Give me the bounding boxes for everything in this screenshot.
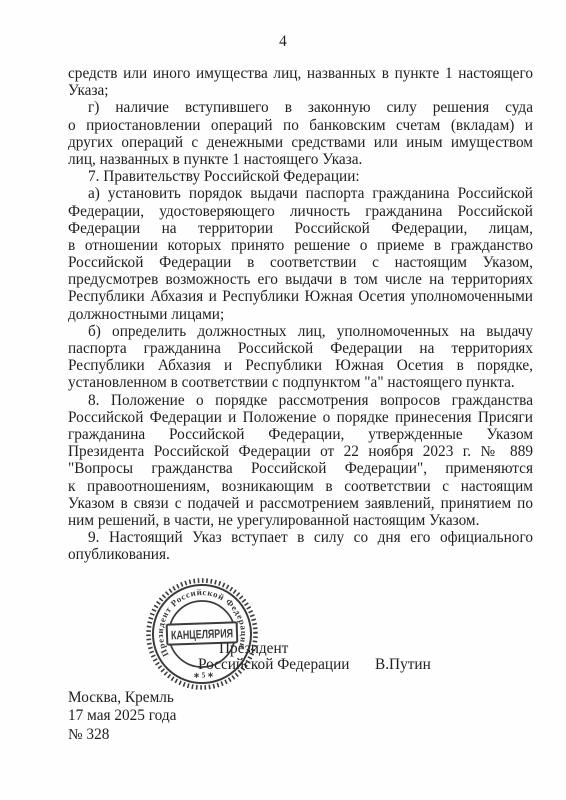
text-line: Республики Абхазия и Республики Южная Ос… xyxy=(68,357,533,374)
text-line: Федерации, удостоверяющего личность граж… xyxy=(68,203,533,220)
stamp-center-text: КАНЦЕЛЯРИЯ xyxy=(171,626,233,642)
text-line: в отношении которых принято решение о пр… xyxy=(68,237,533,254)
text-line: установленном в соответствии с подпункто… xyxy=(68,374,533,391)
text-line: Указа; xyxy=(68,82,533,99)
text-line: "Вопросы гражданства Российской Федераци… xyxy=(68,460,533,477)
stamp-bottom-text: ∗ 5 ∗ xyxy=(193,670,214,680)
text-line: 8. Положение о порядке рассмотрения вопр… xyxy=(68,392,533,409)
signatory-name: В.Путин xyxy=(375,656,431,673)
text-line: паспорта гражданина Российской Федерации… xyxy=(68,340,533,357)
text-line: других операций с денежными средствами и… xyxy=(68,134,533,151)
text-line: б) определить должностных лиц, уполномоч… xyxy=(68,323,533,340)
page-number: 4 xyxy=(0,33,566,50)
text-line: лиц, названных в пункте 1 настоящего Ука… xyxy=(68,151,533,168)
text-line: предусмотрев возможность его выдачи в то… xyxy=(68,271,533,288)
text-line: средств или иного имущества лиц, названн… xyxy=(68,65,533,82)
issuance-date: 17 мая 2025 года xyxy=(68,707,176,725)
text-line: Российской Федерации и Положение о поряд… xyxy=(68,409,533,426)
chancellery-stamp-icon: Президент Российской Федерации ∗ 5 ∗ КАН… xyxy=(142,574,262,694)
decree-page: 4 средств или иного имущества лиц, назва… xyxy=(0,0,566,800)
issuance-block: Москва, Кремль 17 мая 2025 года № 328 xyxy=(68,689,176,744)
text-line: г) наличие вступившего в законную силу р… xyxy=(68,99,533,116)
text-line: ним решений, в части, не урегулированной… xyxy=(68,512,533,529)
text-line: Президента Российской Федерации от 22 но… xyxy=(68,443,533,460)
text-line: Российской Федерации в соответствии с на… xyxy=(68,254,533,271)
text-line: 7. Правительству Российской Федерации: xyxy=(68,168,533,185)
document-body: средств или иного имущества лиц, названн… xyxy=(68,65,533,563)
text-line: о приостановлении операций по банковским… xyxy=(68,117,533,134)
text-line: 9. Настоящий Указ вступает в силу со дня… xyxy=(68,529,533,546)
text-line: должностными лицами; xyxy=(68,306,533,323)
decree-number: № 328 xyxy=(68,726,176,744)
text-line: Республики Абхазия и Республики Южная Ос… xyxy=(68,288,533,305)
text-line: опубликования. xyxy=(68,546,533,563)
text-line: а) установить порядок выдачи паспорта гр… xyxy=(68,185,533,202)
text-line: к правоотношениям, возникающим в соответ… xyxy=(68,478,533,495)
text-line: Указом в связи с подачей и рассмотрением… xyxy=(68,495,533,512)
text-line: Федерации на территории Российской Федер… xyxy=(68,220,533,237)
text-line: гражданина Российской Федерации, утвержд… xyxy=(68,426,533,443)
